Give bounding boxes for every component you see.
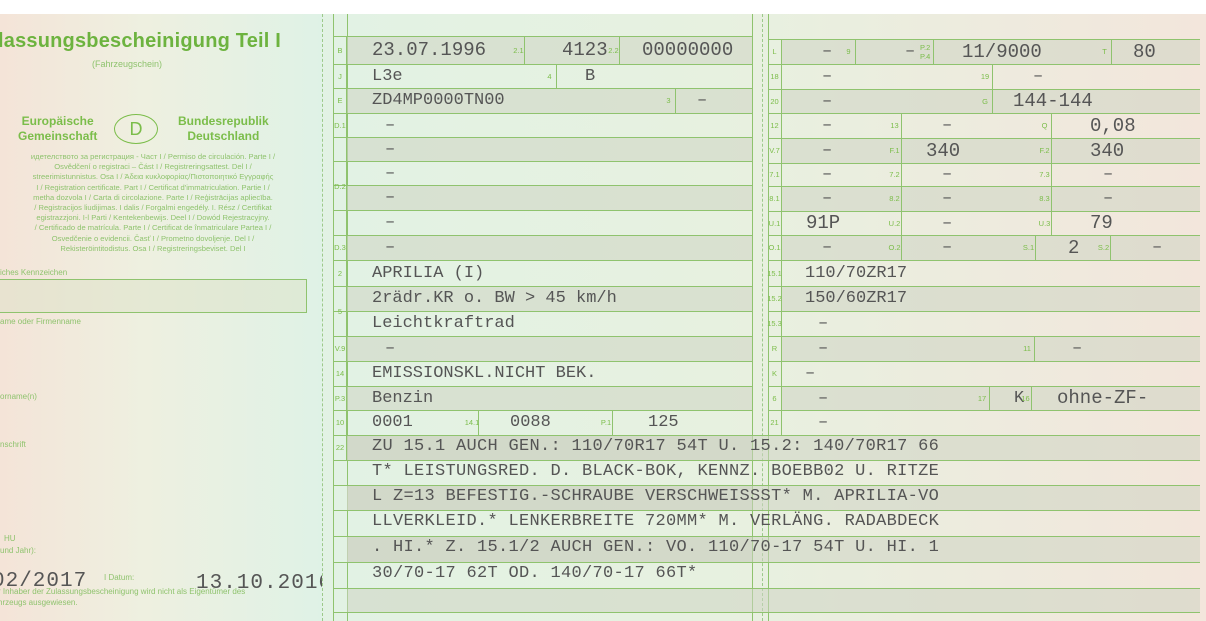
field-value-7-2: –	[942, 163, 952, 186]
field-code-k: K	[768, 361, 782, 386]
field-code-u3: U.3	[1038, 211, 1052, 235]
field-value-k: –	[805, 361, 815, 386]
row-divider	[334, 612, 1200, 613]
field-code-o1: O.1	[768, 235, 782, 260]
eu-label: Europäische Gemeinschaft	[18, 114, 97, 144]
field-code-f1: F.1	[888, 138, 902, 163]
multilingual-line: metha dozvola I / Carta di circolazione.…	[0, 193, 312, 203]
field-code-4: 4	[543, 64, 557, 88]
country-code-badge: D	[114, 114, 158, 144]
field-value-14: EMISSIONSKL.NICHT BEK.	[372, 361, 596, 386]
field-value-d2-1: –	[385, 137, 395, 161]
multilingual-line: I / Registration certificate. Part I / C…	[0, 183, 312, 193]
field-value-2-2: 00000000	[642, 36, 733, 64]
field-code-p2-p4: P.2 P.4	[920, 39, 934, 64]
field-code-16: 16	[1020, 386, 1032, 410]
field-code-p3: P.3	[334, 386, 347, 410]
field-code-g: G	[978, 89, 993, 113]
field-value-d2-3: –	[385, 185, 395, 210]
field-code-q: Q	[1038, 113, 1052, 138]
field-code-s1: S.1	[1022, 235, 1036, 260]
field-code-2-1: 2.1	[513, 36, 525, 64]
field-code-e: E	[334, 88, 347, 113]
field-code-3: 3	[662, 88, 676, 113]
field-value-o2: –	[942, 235, 952, 260]
field-code-21: 21	[768, 410, 782, 435]
field-value-16: ohne-ZF-	[1057, 386, 1148, 410]
field-code-j: J	[334, 64, 347, 88]
field-code-u1: U.1	[768, 211, 782, 235]
row-divider	[334, 161, 752, 162]
country-label-line2: Deutschland	[178, 129, 269, 144]
field-code-l: L	[768, 39, 782, 64]
field-value-15-1: 110/70ZR17	[805, 260, 907, 286]
field-value-6: –	[818, 386, 828, 410]
field-value-g: 144-144	[1013, 89, 1093, 113]
field-code-20: 20	[768, 89, 782, 113]
field-value-15-2: 150/60ZR17	[805, 286, 907, 311]
field-value-8-2: –	[942, 186, 952, 211]
country-label-line1: Bundesrepublik	[178, 114, 269, 129]
field-code-7-2: 7.2	[888, 163, 902, 186]
field-code-b: B	[334, 36, 347, 64]
multilingual-line: Rekisteröintitodistus. Osa I / Registrer…	[0, 244, 312, 254]
field-value-18: –	[822, 64, 832, 89]
field-code-19: 19	[978, 64, 993, 89]
row-divider	[334, 210, 752, 211]
row-divider	[768, 410, 1200, 411]
field-value-j: L3e	[372, 64, 403, 88]
field-value-2: APRILIA (I)	[372, 260, 484, 286]
address-label: nschrift	[0, 440, 26, 449]
field-value-o1: –	[822, 235, 832, 260]
field-value-e: ZD4MP0000TN00	[372, 88, 505, 113]
multilingual-line: Osvědčení o registraci – Část I / Regist…	[0, 162, 312, 172]
field-code-15-2: 15.2	[768, 286, 782, 311]
field-code-10: 10	[334, 410, 347, 435]
multilingual-line: / Certificado de matrícula. Parte I / Ce…	[0, 223, 312, 233]
row-shading	[782, 337, 1200, 361]
field-value-11: –	[1072, 336, 1082, 361]
row-divider	[334, 510, 1200, 511]
field-code-12: 12	[768, 113, 782, 138]
date-label: I Datum:	[104, 573, 134, 582]
field-code-p1: P.1	[600, 410, 613, 435]
field-value-5-line1: 2rädr.KR o. BW > 45 km/h	[372, 286, 617, 311]
field-value-s1: 2	[1068, 235, 1079, 260]
row-divider	[768, 163, 1200, 164]
field-code-r: R	[768, 336, 782, 361]
field-code-d3: D.3	[334, 235, 347, 260]
row-shading	[347, 589, 1200, 612]
field-value-12: –	[822, 113, 832, 138]
field-value-d1: –	[385, 113, 395, 137]
field-value-f2: 340	[1090, 138, 1124, 163]
row-shading	[782, 236, 1200, 260]
field-value-q: 0,08	[1090, 113, 1136, 138]
row-shading	[347, 236, 752, 260]
field-value-f1: 340	[926, 138, 960, 163]
plate-label: iches Kennzeichen	[0, 268, 67, 277]
field-value-p2-p4: 11/9000	[962, 39, 1042, 64]
country-label: Bundesrepublik Deutschland	[178, 114, 269, 144]
field-code-d1: D.1	[334, 113, 347, 137]
field-value-p1: 125	[648, 410, 679, 435]
eu-label-line2: Gemeinschaft	[18, 129, 97, 144]
field-code-f2: F.2	[1038, 138, 1052, 163]
field-value-p3: Benzin	[372, 386, 433, 410]
document-subtitle: (Fahrzeugschein)	[92, 59, 162, 69]
field-value-u1: 91P	[806, 211, 840, 235]
name-label: ame oder Firmenname	[0, 317, 81, 326]
multilingual-line: идетелството за регистрация - Част I / P…	[0, 152, 312, 162]
field-value-l: –	[822, 39, 832, 64]
eu-label-line1: Europäische	[18, 114, 97, 129]
field-code-u2: U.2	[888, 211, 902, 235]
row-divider	[768, 361, 1200, 362]
field-value-r: –	[818, 336, 828, 361]
field-value-5-line2: Leichtkraftrad	[372, 311, 515, 336]
multilingual-line: streerimistunnistus. Osa I / Άδεια κυκλο…	[0, 172, 312, 182]
remarks-line-4: LLVERKLEID.* LENKERBREITE 720MM* M. VERL…	[372, 512, 939, 531]
field-code-11: 11	[1020, 336, 1035, 361]
multilingual-title-block: идетелството за регистрация - Част I / P…	[0, 152, 312, 254]
field-value-8-1: –	[822, 186, 832, 211]
row-divider	[768, 311, 1200, 312]
field-code-9: 9	[842, 39, 856, 64]
firstname-label: orname(n)	[0, 392, 37, 401]
owner-note-line1: r Inhaber der Zulassungsbescheinigung wi…	[0, 586, 245, 597]
field-code-8-2: 8.2	[888, 186, 902, 211]
field-code-t: T	[1098, 39, 1112, 64]
owner-note-line2: hrzeugs ausgewiesen.	[0, 597, 245, 608]
remarks-line-6: 30/70-17 62T OD. 140/70-17 66T*	[372, 564, 698, 583]
row-divider	[334, 562, 1200, 563]
remarks-line-1: ZU 15.1 AUCH GEN.: 110/70R17 54T U. 15.2…	[372, 437, 939, 456]
document-title: lassungsbescheinigung Teil I	[0, 30, 281, 53]
field-value-v7: –	[822, 138, 832, 163]
field-code-7-3: 7.3	[1038, 163, 1052, 186]
field-code-14: 14	[334, 361, 347, 386]
field-value-21: –	[818, 410, 828, 435]
field-value-4: B	[585, 64, 595, 88]
remarks-line-5: . HI.* Z. 15.1/2 AUCH GEN.: VO. 110/70-1…	[372, 538, 939, 557]
remarks-line-2: T* LEISTUNGSRED. D. BLACK-BOK, KENNZ. BO…	[372, 462, 939, 481]
field-code-8-1: 8.1	[768, 186, 782, 211]
field-code-18: 18	[768, 64, 782, 89]
field-value-8-3: –	[1103, 186, 1113, 211]
remarks-line-3: L Z=13 BEFESTIG.-SCHRAUBE VERSCHWEISSST*…	[372, 487, 939, 506]
field-code-v9: V.9	[334, 336, 347, 361]
multilingual-line: egistrazzjoni. I-l Parti / Kentekenbewij…	[0, 213, 312, 223]
field-code-5: 5	[334, 286, 347, 336]
owner-note: r Inhaber der Zulassungsbescheinigung wi…	[0, 586, 245, 608]
field-code-d2: D.2	[334, 137, 347, 235]
field-value-d2-2: –	[385, 161, 395, 185]
field-code-o2: O.2	[888, 235, 902, 260]
field-value-7-1: –	[822, 163, 832, 186]
field-value-20: –	[822, 89, 832, 113]
row-shading	[347, 186, 752, 210]
field-code-22: 22	[334, 435, 347, 460]
field-value-d2-4: –	[385, 210, 395, 235]
field-code-7-1: 7.1	[768, 163, 782, 186]
field-value-v9: –	[385, 336, 395, 361]
field-code-2-2: 2.2	[608, 36, 620, 64]
field-value-14-1: 0088	[510, 410, 551, 435]
hu-sublabel: und Jahr):	[0, 546, 36, 555]
field-code-2: 2	[334, 260, 347, 286]
field-code-17: 17	[975, 386, 990, 410]
field-value-2-1: 4123	[562, 36, 608, 64]
field-value-15-3: –	[818, 311, 828, 336]
license-plate-field	[0, 279, 307, 313]
field-code-s2: S.2	[1097, 235, 1111, 260]
field-value-b: 23.07.1996	[372, 36, 486, 64]
hu-label: HU	[4, 534, 16, 543]
multilingual-line: / Registracijos liudijimas. I dalis / Fo…	[0, 203, 312, 213]
field-code-v7: V.7	[768, 138, 782, 163]
row-divider	[334, 113, 752, 114]
field-value-10: 0001	[372, 410, 413, 435]
field-code-13: 13	[888, 113, 902, 138]
field-value-s2: –	[1152, 235, 1162, 260]
row-shading	[347, 138, 752, 161]
field-value-9: –	[905, 39, 915, 64]
field-value-d3: –	[385, 235, 395, 260]
field-code-14-1: 14.1	[466, 410, 479, 435]
field-code-15-3: 15.3	[768, 311, 782, 336]
row-shading	[782, 187, 1200, 211]
field-value-3: –	[697, 88, 707, 113]
multilingual-line: Osvedčenie o evidencii. Časť I / Prometn…	[0, 234, 312, 244]
field-value-u2: –	[942, 211, 952, 235]
field-code-15-1: 15.1	[768, 260, 782, 286]
field-value-7-3: –	[1103, 163, 1113, 186]
field-code-8-3: 8.3	[1038, 186, 1052, 211]
row-shading	[782, 139, 1200, 163]
field-value-u3: 79	[1090, 211, 1113, 235]
field-value-13: –	[942, 113, 952, 138]
fold-line	[322, 14, 323, 621]
row-divider	[334, 460, 1200, 461]
row-shading	[347, 337, 752, 361]
field-value-19: –	[1033, 64, 1043, 89]
field-code-6: 6	[768, 386, 782, 410]
field-value-t: 80	[1133, 39, 1156, 64]
